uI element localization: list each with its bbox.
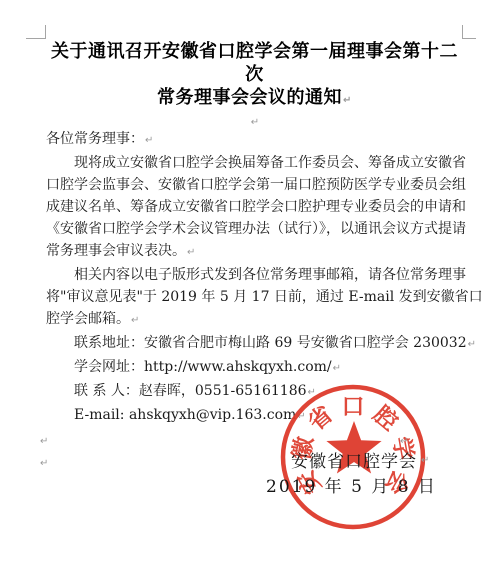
paragraph-mark-icon: ↵ (144, 135, 153, 146)
paragraph-mark-icon: ↵ (250, 117, 259, 128)
empty-line: ↵ (46, 112, 463, 128)
paragraph-mark-icon: ↵ (420, 448, 429, 467)
document-page: 关于通讯召开安徽省口腔学会第一届理事会第十二次 常务理事会会议的通知↵ ↵ 各位… (0, 0, 501, 581)
margin-corner-mark-top-right (462, 25, 476, 39)
paragraph-mark-icon: ↵ (399, 436, 408, 447)
margin-corner-mark-top-left (26, 25, 46, 39)
paragraph1-line: 口腔学会监事会、安徽省口腔学会第一届口腔预防医学专业委员会组 (46, 174, 463, 196)
title-line-1: 关于通讯召开安徽省口腔学会第一届理事会第十二次 (46, 40, 463, 86)
paragraph2-line: 腔学会邮箱。↵ (46, 308, 463, 332)
title-line-2: 常务理事会会议的通知↵ (46, 86, 463, 112)
paragraph-mark-icon: ↵ (342, 95, 352, 106)
document-title: 关于通讯召开安徽省口腔学会第一届理事会第十二次 常务理事会会议的通知↵ (46, 40, 463, 112)
contact-address-line: 联系地址：安徽省合肥市梅山路 69 号安徽省口腔学会 230032↵ (46, 332, 463, 356)
contact-website-line: 学会网址：http://www.ahskqyxh.com/↵ (46, 356, 463, 380)
paragraph1-line: 成建议名单、筹备成立安徽省口腔学会口腔护理专业委员会的申请和 (46, 196, 463, 218)
seal-ring-char: 口 (342, 393, 365, 420)
paragraph1-line: 现将成立安徽省口腔学会换届筹备工作委员会、筹备成立安徽省 (46, 152, 463, 174)
paragraph-mark-icon: ↵ (39, 458, 48, 469)
paragraph1-line: 《安徽省口腔学会学术会议管理办法（试行）》，以通讯会议方式提请 (46, 218, 463, 240)
salutation-line: 各位常务理事：↵ (46, 128, 463, 152)
paragraph2-line: 相关内容以电子版形式发到各位常务理事邮箱，请各位常务理事 (46, 264, 463, 286)
paragraph-mark-icon: ↵ (186, 247, 195, 258)
paragraph-mark-icon: ↵ (39, 436, 48, 447)
paragraph2-line: 将"审议意见表"于 2019 年 5 月 17 日前，通过 E-mail 发到安… (46, 286, 463, 308)
signature-date: 2019 年 5 月 8 日 (266, 472, 437, 497)
paragraph-mark-icon: ↵ (332, 363, 341, 374)
empty-line: ↵ (399, 429, 408, 448)
signature-org-name: 安徽省口腔学会 (291, 447, 417, 472)
paragraph1-line: 常务理事会审议表决。↵ (46, 240, 463, 264)
paragraph-mark-icon: ↵ (130, 315, 139, 326)
paragraph-mark-icon: ↵ (467, 339, 476, 350)
